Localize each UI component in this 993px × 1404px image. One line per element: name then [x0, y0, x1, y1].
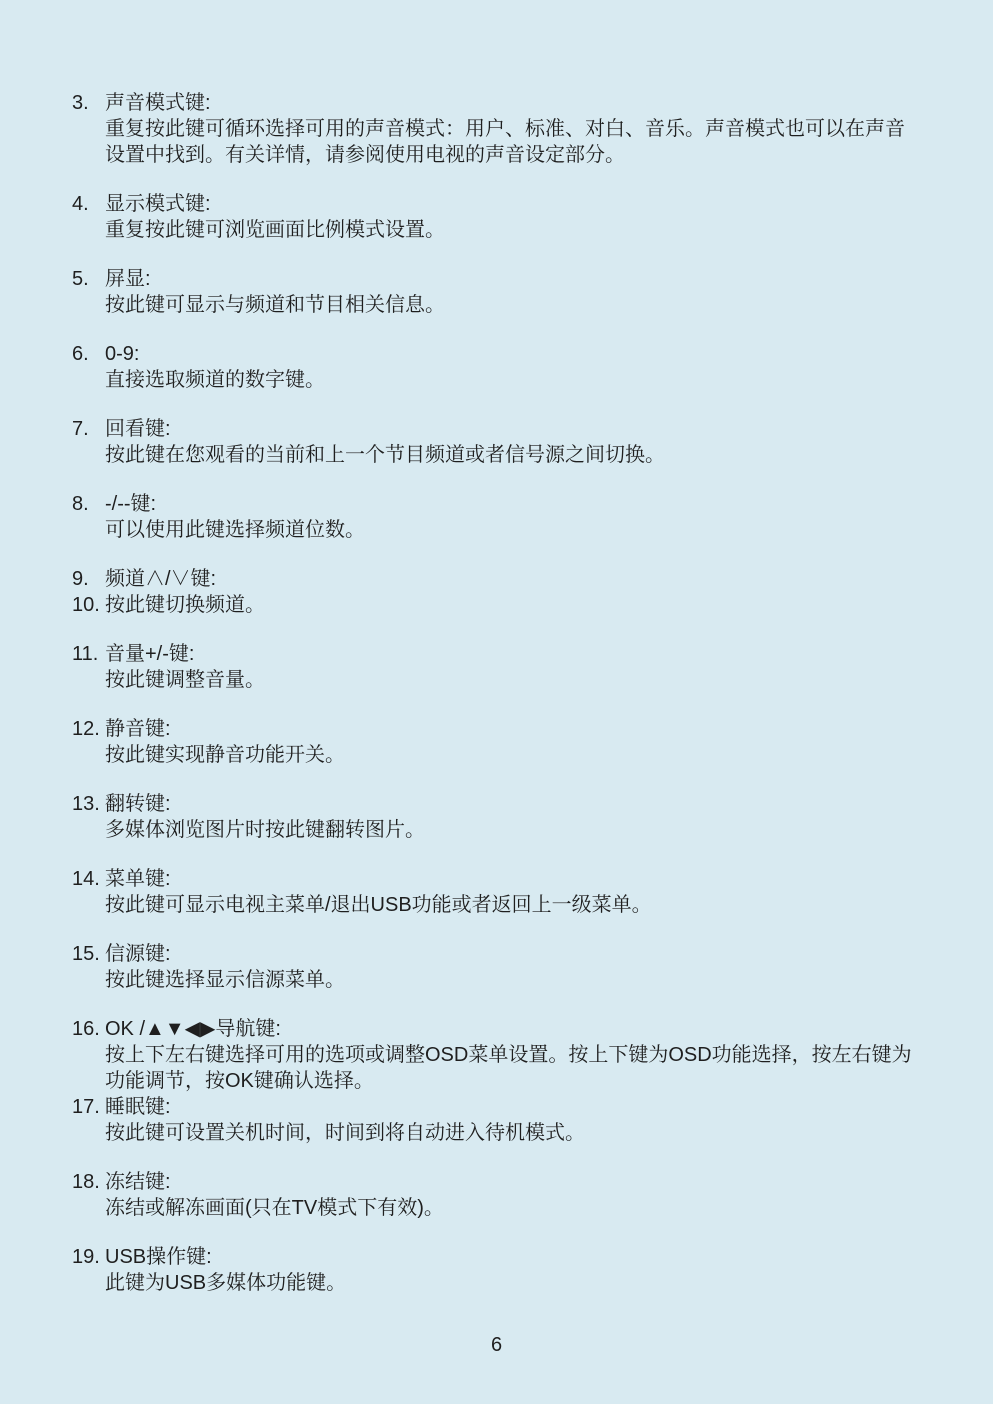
list-group: 19.USB操作键:此键为USB多媒体功能键。: [72, 1244, 953, 1296]
item-number: 4.: [72, 191, 105, 217]
item-title: 翻转键:: [105, 791, 171, 817]
item-title: 睡眠键:: [105, 1094, 171, 1120]
item-desc-line: 按此键调整音量。: [72, 667, 953, 693]
item-number: 16.: [72, 1016, 105, 1042]
list-item-heading: 7.回看键:: [72, 416, 953, 442]
list-group: 12.静音键:按此键实现静音功能开关。: [72, 716, 953, 768]
item-title: 冻结键:: [105, 1169, 171, 1195]
page-number: 6: [0, 1332, 993, 1358]
list-group: 16.OK /▲▼◀▶导航键:按上下左右键选择可用的选项或调整OSD菜单设置。按…: [72, 1016, 953, 1146]
item-title: 静音键:: [105, 716, 171, 742]
list-group: 3.声音模式键:重复按此键可循环选择可用的声音模式：用户、标准、对白、音乐。声音…: [72, 90, 953, 168]
item-desc-line: 按此键选择显示信源菜单。: [72, 967, 953, 993]
list-group: 15.信源键:按此键选择显示信源菜单。: [72, 941, 953, 993]
item-number: 11.: [72, 641, 105, 667]
item-number: 17.: [72, 1094, 105, 1120]
item-desc-line: 此键为USB多媒体功能键。: [72, 1270, 953, 1296]
item-number: 13.: [72, 791, 105, 817]
item-number: 14.: [72, 866, 105, 892]
list-item-heading: 16.OK /▲▼◀▶导航键:: [72, 1016, 953, 1042]
list-group: 18.冻结键:冻结或解冻画面(只在TV模式下有效)。: [72, 1169, 953, 1221]
list-item-heading: 17.睡眠键:: [72, 1094, 953, 1120]
item-number: 18.: [72, 1169, 105, 1195]
item-desc-line: 按此键在您观看的当前和上一个节目频道或者信号源之间切换。: [72, 442, 953, 468]
item-number: 12.: [72, 716, 105, 742]
list-group: 4.显示模式键:重复按此键可浏览画面比例模式设置。: [72, 191, 953, 243]
list-item-heading: 18.冻结键:: [72, 1169, 953, 1195]
item-number: 3.: [72, 90, 105, 116]
item-title: OK /▲▼◀▶导航键:: [105, 1016, 281, 1042]
list-group: 9.频道∧/∨键:10.按此键切换频道。: [72, 566, 953, 618]
item-title: 频道∧/∨键:: [105, 566, 216, 592]
item-desc-line: 重复按此键可循环选择可用的声音模式：用户、标准、对白、音乐。声音模式也可以在声音: [72, 116, 953, 142]
list-item-heading: 19.USB操作键:: [72, 1244, 953, 1270]
item-number: 5.: [72, 266, 105, 292]
item-desc-line: 按此键可设置关机时间，时间到将自动进入待机模式。: [72, 1120, 953, 1146]
list-item-heading: 9.频道∧/∨键:: [72, 566, 953, 592]
item-desc-line: 按此键可显示与频道和节目相关信息。: [72, 292, 953, 318]
item-title: 按此键切换频道。: [105, 592, 265, 618]
item-title: 回看键:: [105, 416, 171, 442]
item-desc-line: 重复按此键可浏览画面比例模式设置。: [72, 217, 953, 243]
item-number: 8.: [72, 491, 105, 517]
item-number: 9.: [72, 566, 105, 592]
item-desc-line: 多媒体浏览图片时按此键翻转图片。: [72, 817, 953, 843]
item-title: 菜单键:: [105, 866, 171, 892]
item-title: 声音模式键:: [105, 90, 211, 116]
item-title: 0-9:: [105, 341, 139, 367]
list-item-heading: 14.菜单键:: [72, 866, 953, 892]
list-item-heading: 13.翻转键:: [72, 791, 953, 817]
list-item-heading: 4.显示模式键:: [72, 191, 953, 217]
list-group: 6.0-9:直接选取频道的数字键。: [72, 341, 953, 393]
item-number: 19.: [72, 1244, 105, 1270]
list-group: 11.音量+/-键:按此键调整音量。: [72, 641, 953, 693]
item-number: 6.: [72, 341, 105, 367]
manual-page: 3.声音模式键:重复按此键可循环选择可用的声音模式：用户、标准、对白、音乐。声音…: [0, 0, 993, 1404]
item-title: 屏显:: [105, 266, 151, 292]
list-group: 13.翻转键:多媒体浏览图片时按此键翻转图片。: [72, 791, 953, 843]
list-item-heading: 3.声音模式键:: [72, 90, 953, 116]
instruction-list: 3.声音模式键:重复按此键可循环选择可用的声音模式：用户、标准、对白、音乐。声音…: [72, 90, 953, 1296]
list-item-heading: 6.0-9:: [72, 341, 953, 367]
item-title: 信源键:: [105, 941, 171, 967]
list-group: 7.回看键:按此键在您观看的当前和上一个节目频道或者信号源之间切换。: [72, 416, 953, 468]
item-desc-line: 按上下左右键选择可用的选项或调整OSD菜单设置。按上下键为OSD功能选择，按左右…: [72, 1042, 953, 1068]
list-item-heading: 8.-/--键:: [72, 491, 953, 517]
list-group: 5.屏显:按此键可显示与频道和节目相关信息。: [72, 266, 953, 318]
list-item-heading: 10.按此键切换频道。: [72, 592, 953, 618]
item-number: 15.: [72, 941, 105, 967]
list-item-heading: 15.信源键:: [72, 941, 953, 967]
list-group: 14.菜单键:按此键可显示电视主菜单/退出USB功能或者返回上一级菜单。: [72, 866, 953, 918]
item-number: 7.: [72, 416, 105, 442]
item-desc-line: 直接选取频道的数字键。: [72, 367, 953, 393]
item-title: 显示模式键:: [105, 191, 211, 217]
list-item-heading: 11.音量+/-键:: [72, 641, 953, 667]
item-desc-line: 功能调节，按OK键确认选择。: [72, 1068, 953, 1094]
item-desc-line: 按此键可显示电视主菜单/退出USB功能或者返回上一级菜单。: [72, 892, 953, 918]
item-title: USB操作键:: [105, 1244, 212, 1270]
item-title: -/--键:: [105, 491, 156, 517]
list-group: 8.-/--键:可以使用此键选择频道位数。: [72, 491, 953, 543]
item-desc-line: 设置中找到。有关详情，请参阅使用电视的声音设定部分。: [72, 142, 953, 168]
item-desc-line: 冻结或解冻画面(只在TV模式下有效)。: [72, 1195, 953, 1221]
item-desc-line: 可以使用此键选择频道位数。: [72, 517, 953, 543]
list-item-heading: 12.静音键:: [72, 716, 953, 742]
item-desc-line: 按此键实现静音功能开关。: [72, 742, 953, 768]
item-number: 10.: [72, 592, 105, 618]
item-title: 音量+/-键:: [105, 641, 194, 667]
list-item-heading: 5.屏显:: [72, 266, 953, 292]
